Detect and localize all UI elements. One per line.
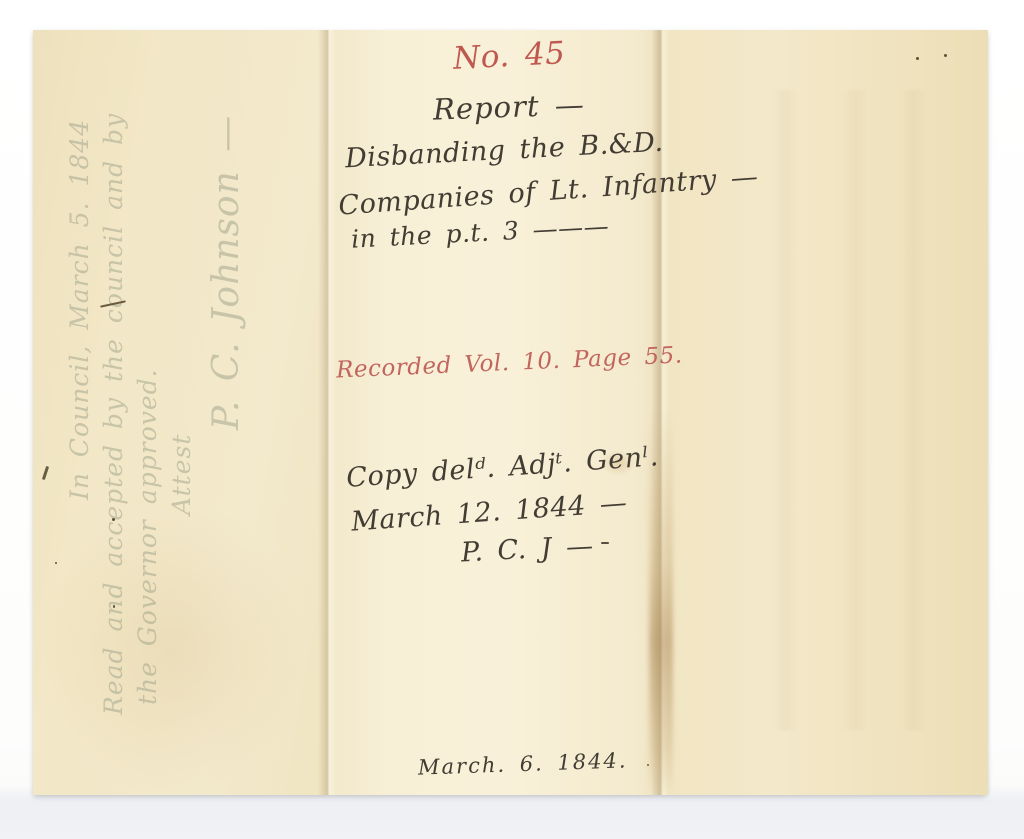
report-title: Report — — [432, 87, 585, 126]
ghost-approved-line: the Governor approved. — [131, 110, 165, 705]
bleed-through-endorsement: In Council, March 5. 1844 Read and accep… — [63, 110, 298, 730]
ghost-signature: P. C. Johnson — — [203, 110, 251, 430]
docket-number: No. 45 — [452, 35, 566, 77]
scanned-document-page: In Council, March 5. 1844 Read and accep… — [0, 0, 1024, 839]
ghost-council-date-line: In Council, March 5. 1844 — [63, 110, 97, 500]
paper-panel-right — [660, 30, 988, 795]
ghost-accepted-line: Read and accepted by the council and by — [97, 110, 131, 715]
document-paper: In Council, March 5. 1844 Read and accep… — [33, 30, 988, 795]
ghost-attest-line: Attest — [165, 110, 199, 515]
